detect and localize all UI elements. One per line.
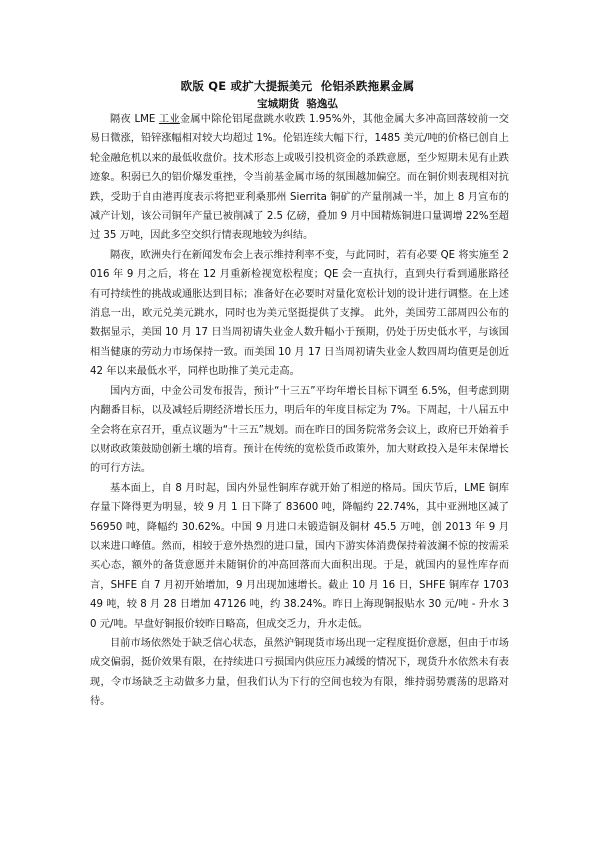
underlined-term: 工业 [159, 114, 180, 125]
article-title: 欧版 QE 或扩大提振美元 伦铝杀跌拖累金属 [0, 78, 595, 94]
paragraph-outlook: 目前市场依然处于缺乏信心状态，虽然沪铜现货市场出现一定程度挺价意愿，但由于市场成… [90, 634, 509, 712]
document-page: 欧版 QE 或扩大提振美元 伦铝杀跌拖累金属 宝城期货 骆逸弘 隔夜 LME 工… [0, 0, 595, 842]
paragraph-lme-metals: 隔夜 LME 工业金属中除伦铝尾盘跳水收跌 1.95%外，其他金属大多冲高回落较… [90, 110, 509, 246]
author-byline: 宝城期货 骆逸弘 [0, 96, 595, 111]
paragraph-domestic-policy: 国内方面，中金公司发布报告，预计“十三五”平均年增长目标下调至 6.5%，但考虑… [90, 382, 509, 479]
paragraph-text: 金属中除伦铝尾盘跳水收跌 1.95%外，其他金属大多冲高回落较前一交易日微涨，铅… [90, 114, 509, 241]
paragraph-text: 国内方面，中金公司发布报告，预计“十三五”平均年增长目标下调至 6.5%，但考虑… [90, 386, 509, 475]
article-body: 隔夜 LME 工业金属中除伦铝尾盘跳水收跌 1.95%外，其他金属大多冲高回落较… [90, 110, 509, 712]
paragraph-lead: 隔夜 LME [110, 114, 159, 125]
paragraph-text: 目前市场依然处于缺乏信心状态，虽然沪铜现货市场出现一定程度挺价意愿，但由于市场成… [90, 638, 509, 707]
paragraph-ecb-qe: 隔夜，欧洲央行在新闻发布会上表示维持利率不变，与此同时，若有必要 QE 将实施至… [90, 246, 509, 382]
paragraph-text: 隔夜，欧洲央行在新闻发布会上表示维持利率不变，与此同时，若有必要 QE 将实施至… [90, 250, 509, 377]
paragraph-fundamentals: 基本面上，自 8 月时起，国内外显性铜库存就开始了相逆的格局。国庆节后，LME … [90, 479, 509, 634]
paragraph-text: 基本面上，自 8 月时起，国内外显性铜库存就开始了相逆的格局。国庆节后，LME … [90, 483, 509, 630]
